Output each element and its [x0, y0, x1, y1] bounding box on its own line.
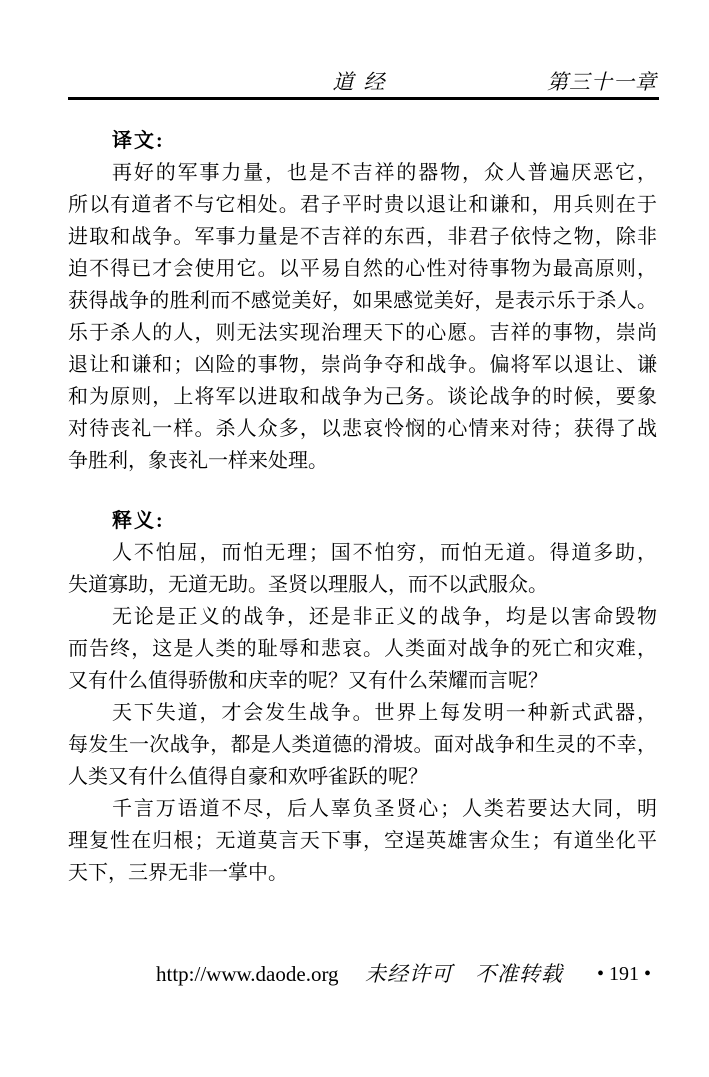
- text-line: 迫不得已才会使用它。以平易自然的心性对待事物为最高原则，: [68, 253, 657, 285]
- text-line: 人类又有什么值得自豪和欢呼雀跃的呢？: [68, 761, 657, 793]
- text-line: 理复性在归根；无道莫言天下事，空逞英雄害众生；有道坐化平: [68, 825, 657, 857]
- text-line: 和为原则，上将军以进取和战争为己务。谈论战争的时候，要象: [68, 381, 657, 413]
- copyright-notice: 未经许可 不准转载: [365, 960, 563, 988]
- page-number: • 191 •: [597, 960, 651, 988]
- text-line: 天下，三界无非一掌中。: [68, 857, 657, 889]
- header-rule: [68, 97, 659, 100]
- section-label: 译文:: [68, 125, 657, 157]
- page-header: 道经 第三十一章: [68, 68, 659, 98]
- text-line: 对待丧礼一样。杀人众多，以悲哀怜悯的心情来对待；获得了战: [68, 413, 657, 445]
- section-label: 释义:: [68, 505, 657, 537]
- text-line: 失道寡助，无道无助。圣贤以理服人，而不以武服众。: [68, 569, 657, 601]
- text-line: 千言万语道不尽，后人辜负圣贤心；人类若要达大同，明: [68, 793, 657, 825]
- text-line: 无论是正义的战争，还是非正义的战争，均是以害命毁物: [68, 601, 657, 633]
- text-line: 所以有道者不与它相处。君子平时贵以退让和谦和，用兵则在于: [68, 189, 657, 221]
- text-line: 获得战争的胜利而不感觉美好，如果感觉美好，是表示乐于杀人。: [68, 285, 657, 317]
- text-line: 进取和战争。军事力量是不吉祥的东西，非君子依恃之物，除非: [68, 221, 657, 253]
- text-line: 争胜利，象丧礼一样来处理。: [68, 445, 657, 477]
- site-url: http://www.daode.org: [156, 960, 339, 988]
- text-line: 乐于杀人的人，则无法实现治理天下的心愿。吉祥的事物，崇尚: [68, 317, 657, 349]
- section-translation: 译文:再好的军事力量，也是不吉祥的器物，众人普遍厌恶它，所以有道者不与它相处。君…: [68, 125, 657, 477]
- text-line: 每发生一次战争，都是人类道德的滑坡。面对战争和生灵的不幸，: [68, 729, 657, 761]
- text-line: 天下失道，才会发生战争。世界上每发明一种新式武器，: [68, 697, 657, 729]
- book-title: 道经: [333, 68, 395, 96]
- section-interpretation: 释义:人不怕屈，而怕无理；国不怕穷，而怕无道。得道多助，失道寡助，无道无助。圣贤…: [68, 505, 657, 889]
- page-body: 译文:再好的军事力量，也是不吉祥的器物，众人普遍厌恶它，所以有道者不与它相处。君…: [68, 125, 657, 889]
- chapter-title: 第三十一章: [547, 68, 657, 96]
- page-footer: http://www.daode.org 未经许可 不准转载 • 191 •: [68, 960, 659, 990]
- text-line: 人不怕屈，而怕无理；国不怕穷，而怕无道。得道多助，: [68, 537, 657, 569]
- text-line: 退让和谦和；凶险的事物，崇尚争夺和战争。偏将军以退让、谦: [68, 349, 657, 381]
- text-line: 再好的军事力量，也是不吉祥的器物，众人普遍厌恶它，: [68, 157, 657, 189]
- book-page: 道经 第三十一章 译文:再好的军事力量，也是不吉祥的器物，众人普遍厌恶它，所以有…: [0, 0, 709, 1077]
- text-line: 而告终，这是人类的耻辱和悲哀。人类面对战争的死亡和灾难，: [68, 633, 657, 665]
- text-line: 又有什么值得骄傲和庆幸的呢？又有什么荣耀而言呢？: [68, 665, 657, 697]
